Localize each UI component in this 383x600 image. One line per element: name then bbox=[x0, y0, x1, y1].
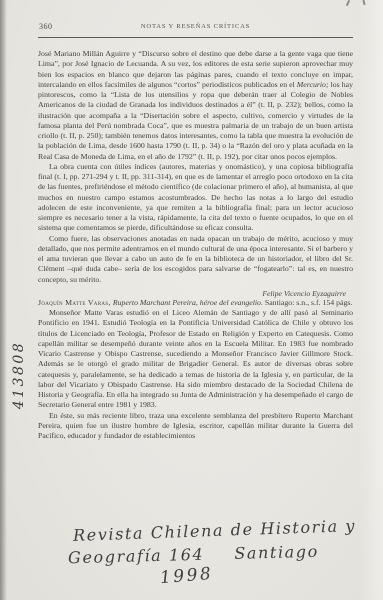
scanned-book-page: 360 NOTAS Y RESEÑAS CRÍTICAS José Marian… bbox=[0, 0, 383, 600]
page-header: 360 NOTAS Y RESEÑAS CRÍTICAS bbox=[38, 22, 353, 33]
review1-paragraph-3: Como fuere, las observaciones anotadas e… bbox=[38, 234, 353, 285]
citation-imprint: Santiago: s.n., s.f. 154 págs. bbox=[263, 298, 352, 307]
handwriting-gap bbox=[204, 559, 234, 560]
scan-left-edge bbox=[0, 0, 7, 600]
reviewer-signature: Felipe Vicencio Eyzaguirre bbox=[38, 289, 346, 298]
review1-paragraph-1: José Mariano Millán Aguirre y “Discurso … bbox=[38, 49, 353, 162]
review1-paragraph-2: La obra cuenta con útiles índices (autor… bbox=[38, 162, 353, 234]
review2-paragraph-1: Monseñor Matte Varas estudió en el Liceo… bbox=[38, 308, 353, 411]
citation-book-title: Ruperto Marchant Pereira, héroe del evan… bbox=[113, 298, 263, 307]
journal-name-italic: Mercurio; bbox=[297, 80, 329, 89]
review2-paragraph-2: En éste, su más reciente libro, traza un… bbox=[38, 411, 353, 442]
handwritten-note-line-2a: Geografía 164 bbox=[68, 545, 205, 568]
pen-mark-top-right-1 bbox=[346, 0, 350, 6]
handwritten-note-line-2b: Santiago bbox=[234, 542, 319, 563]
citation-author: Joaquín Matte Varas, bbox=[38, 298, 113, 307]
review2-citation: Joaquín Matte Varas, Ruperto Marchant Pe… bbox=[38, 298, 353, 308]
handwritten-note-line-2: Geografía 164Santiago bbox=[68, 542, 319, 568]
handwritten-catalog-number: 413808 bbox=[11, 320, 31, 430]
header-rule bbox=[38, 37, 353, 38]
page-content: 360 NOTAS Y RESEÑAS CRÍTICAS José Marian… bbox=[38, 22, 353, 441]
handwritten-note-line-1: Revista Chilena de Historia y bbox=[73, 516, 357, 545]
review1-paragraph-1-continued: los hay pintorescos, como la “Lista de l… bbox=[38, 80, 353, 161]
handwritten-note-line-3: 1998 bbox=[159, 564, 214, 589]
scan-right-edge bbox=[359, 0, 383, 600]
running-header: NOTAS Y RESEÑAS CRÍTICAS bbox=[38, 23, 353, 30]
